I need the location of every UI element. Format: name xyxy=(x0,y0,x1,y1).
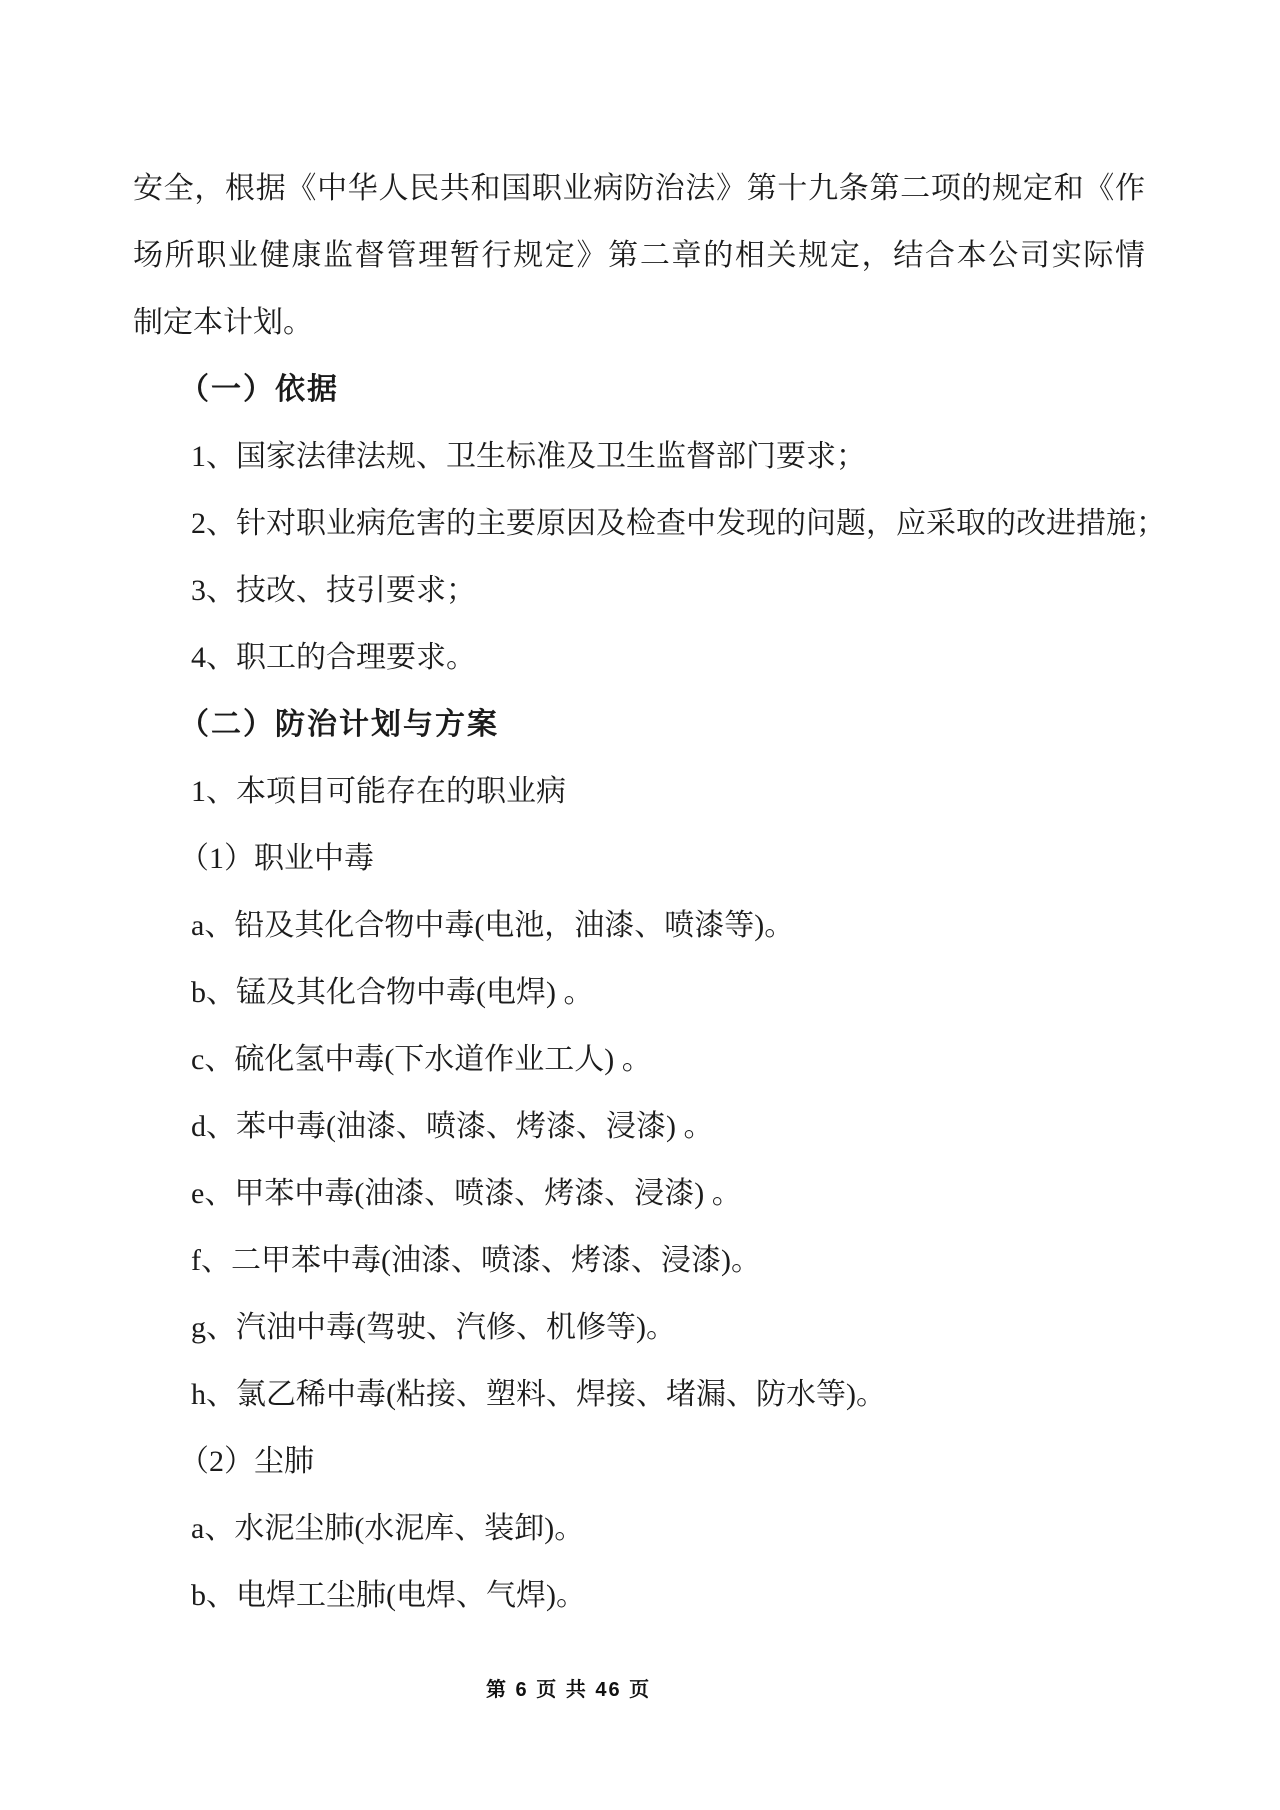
list-item: c、硫化氢中毒(下水道作业工人) 。 xyxy=(133,1026,1145,1093)
paragraph-line: 制定本计划。 xyxy=(133,289,1145,356)
list-item: h、氯乙稀中毒(粘接、塑料、焊接、堵漏、防水等)。 xyxy=(133,1361,1145,1428)
section-heading: （一）依据 xyxy=(133,356,1145,423)
section-heading: （二）防治计划与方案 xyxy=(133,691,1145,758)
list-item: a、水泥尘肺(水泥库、装卸)。 xyxy=(133,1495,1145,1562)
list-item: e、甲苯中毒(油漆、喷漆、烤漆、浸漆) 。 xyxy=(133,1160,1145,1227)
list-item: b、锰及其化合物中毒(电焊) 。 xyxy=(133,959,1145,1026)
list-item: f、二甲苯中毒(油漆、喷漆、烤漆、浸漆)。 xyxy=(133,1227,1145,1294)
page-number-footer: 第 6 页 共 46 页 xyxy=(486,1670,651,1710)
document-body: 安全，根据《中华人民共和国职业病防治法》第十九条第二项的规定和《作业 场所职业健… xyxy=(133,155,1145,1629)
subsection-heading: （1）职业中毒 xyxy=(133,825,1145,892)
list-item: 4、职工的合理要求。 xyxy=(133,624,1145,691)
list-item: 2、针对职业病危害的主要原因及检查中发现的问题，应采取的改进措施； xyxy=(133,490,1145,557)
list-item: 1、本项目可能存在的职业病 xyxy=(133,758,1145,825)
list-item: 3、技改、技引要求； xyxy=(133,557,1145,624)
list-item: g、汽油中毒(驾驶、汽修、机修等)。 xyxy=(133,1294,1145,1361)
list-item: 1、国家法律法规、卫生标准及卫生监督部门要求； xyxy=(133,423,1145,490)
list-item: d、苯中毒(油漆、喷漆、烤漆、浸漆) 。 xyxy=(133,1093,1145,1160)
document-page: 安全，根据《中华人民共和国职业病防治法》第十九条第二项的规定和《作业 场所职业健… xyxy=(0,0,1280,1810)
list-item: a、铅及其化合物中毒(电池，油漆、喷漆等)。 xyxy=(133,892,1145,959)
subsection-heading: （2）尘肺 xyxy=(133,1428,1145,1495)
paragraph-line: 安全，根据《中华人民共和国职业病防治法》第十九条第二项的规定和《作业 xyxy=(133,155,1145,222)
paragraph-line: 场所职业健康监督管理暂行规定》第二章的相关规定，结合本公司实际情况， xyxy=(133,222,1145,289)
list-item: b、电焊工尘肺(电焊、气焊)。 xyxy=(133,1562,1145,1629)
